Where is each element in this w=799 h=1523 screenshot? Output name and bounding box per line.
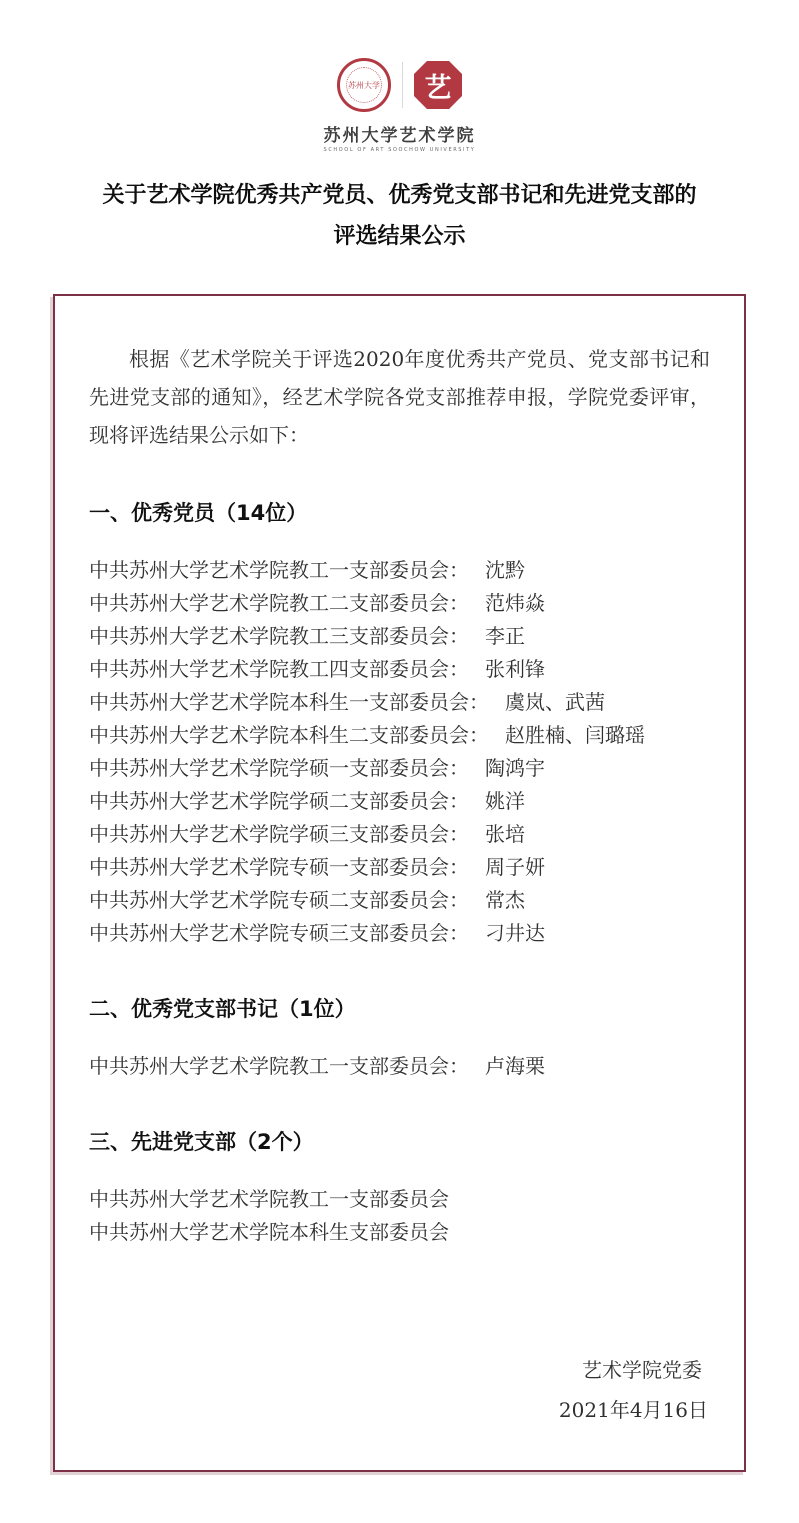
logo-divider bbox=[402, 62, 403, 108]
sections-container: 一、优秀党员（14位） 中共苏州大学艺术学院教工一支部委员会：沈黔 中共苏州大学… bbox=[89, 498, 710, 1249]
committee-name: 中共苏州大学艺术学院学硕三支部委员会： bbox=[89, 822, 469, 846]
letterhead: 苏州大学 艺 苏州大学艺术学院 SCHOOL OF ART SOOCHOW UN… bbox=[0, 0, 799, 153]
awardee-name: 张培 bbox=[485, 822, 525, 846]
committee-name: 中共苏州大学艺术学院学硕二支部委员会： bbox=[89, 789, 469, 813]
awardee-name: 卢海栗 bbox=[485, 1054, 545, 1078]
school-logo: 苏州大学 艺 bbox=[0, 56, 799, 114]
list-item: 中共苏州大学艺术学院本科生二支部委员会：赵胜楠、闫璐瑶 bbox=[89, 719, 710, 752]
list-item: 中共苏州大学艺术学院教工一支部委员会：沈黔 bbox=[89, 554, 710, 587]
committee-name: 中共苏州大学艺术学院本科生一支部委员会： bbox=[89, 690, 489, 714]
list-item: 中共苏州大学艺术学院教工四支部委员会：张利锋 bbox=[89, 653, 710, 686]
list-item: 中共苏州大学艺术学院学硕三支部委员会：张培 bbox=[89, 818, 710, 851]
list-item: 中共苏州大学艺术学院本科生一支部委员会：虞岚、武茜 bbox=[89, 686, 710, 719]
list-item: 中共苏州大学艺术学院教工三支部委员会：李正 bbox=[89, 620, 710, 653]
awardee-name: 范炜焱 bbox=[485, 591, 545, 615]
university-seal-icon: 苏州大学 bbox=[337, 58, 391, 112]
school-name-en: SCHOOL OF ART SOOCHOW UNIVERSITY bbox=[0, 147, 799, 153]
list-item: 中共苏州大学艺术学院专硕三支部委员会：刁井达 bbox=[89, 917, 710, 950]
list-item: 中共苏州大学艺术学院教工一支部委员会：卢海栗 bbox=[89, 1050, 710, 1083]
committee-name: 中共苏州大学艺术学院本科生二支部委员会： bbox=[89, 723, 489, 747]
section-list: 中共苏州大学艺术学院教工一支部委员会 中共苏州大学艺术学院本科生支部委员会 bbox=[89, 1183, 710, 1249]
university-seal-text: 苏州大学 bbox=[346, 67, 382, 103]
list-item: 中共苏州大学艺术学院专硕一支部委员会：周子妍 bbox=[89, 851, 710, 884]
committee-name: 中共苏州大学艺术学院教工二支部委员会： bbox=[89, 591, 469, 615]
announcement-box: 根据《艺术学院关于评选2020年度优秀共产党员、党支部书记和先进党支部的通知》，… bbox=[53, 294, 746, 1472]
list-item: 中共苏州大学艺术学院教工一支部委员会 bbox=[89, 1183, 710, 1216]
section-list: 中共苏州大学艺术学院教工一支部委员会：沈黔 中共苏州大学艺术学院教工二支部委员会… bbox=[89, 554, 710, 950]
document-section: 三、先进党支部（2个） 中共苏州大学艺术学院教工一支部委员会 中共苏州大学艺术学… bbox=[89, 1127, 710, 1249]
committee-name: 中共苏州大学艺术学院本科生支部委员会 bbox=[89, 1220, 449, 1244]
list-item: 中共苏州大学艺术学院专硕二支部委员会：常杰 bbox=[89, 884, 710, 917]
awardee-name: 虞岚、武茜 bbox=[505, 690, 605, 714]
committee-name: 中共苏州大学艺术学院教工三支部委员会： bbox=[89, 624, 469, 648]
school-name-cn: 苏州大学艺术学院 bbox=[0, 121, 799, 146]
awardee-name: 姚洋 bbox=[485, 789, 525, 813]
awardee-name: 李正 bbox=[485, 624, 525, 648]
committee-name: 中共苏州大学艺术学院教工四支部委员会： bbox=[89, 657, 469, 681]
page-title: 关于艺术学院优秀共产党员、优秀党支部书记和先进党支部的 评选结果公示 bbox=[40, 175, 759, 257]
signature-name: 艺术学院党委 bbox=[559, 1350, 702, 1390]
committee-name: 中共苏州大学艺术学院教工一支部委员会： bbox=[89, 1054, 469, 1078]
awardee-name: 张利锋 bbox=[485, 657, 545, 681]
awardee-name: 赵胜楠、闫璐瑶 bbox=[505, 723, 645, 747]
awardee-name: 刁井达 bbox=[485, 921, 545, 945]
art-school-seal-icon: 艺 bbox=[414, 61, 462, 109]
section-heading: 三、先进党支部（2个） bbox=[89, 1127, 710, 1157]
document-page: 苏州大学 艺 苏州大学艺术学院 SCHOOL OF ART SOOCHOW UN… bbox=[0, 0, 799, 1472]
document-section: 一、优秀党员（14位） 中共苏州大学艺术学院教工一支部委员会：沈黔 中共苏州大学… bbox=[89, 498, 710, 950]
list-item: 中共苏州大学艺术学院教工二支部委员会：范炜焱 bbox=[89, 587, 710, 620]
document-section: 二、优秀党支部书记（1位） 中共苏州大学艺术学院教工一支部委员会：卢海栗 bbox=[89, 994, 710, 1083]
awardee-name: 常杰 bbox=[485, 888, 525, 912]
committee-name: 中共苏州大学艺术学院教工一支部委员会： bbox=[89, 558, 469, 582]
awardee-name: 周子妍 bbox=[485, 855, 545, 879]
page-title-line2: 评选结果公示 bbox=[333, 224, 465, 249]
list-item: 中共苏州大学艺术学院本科生支部委员会 bbox=[89, 1216, 710, 1249]
signature-block: 艺术学院党委 2021年4月16日 bbox=[559, 1350, 708, 1430]
list-item: 中共苏州大学艺术学院学硕一支部委员会：陶鸿宇 bbox=[89, 752, 710, 785]
committee-name: 中共苏州大学艺术学院专硕三支部委员会： bbox=[89, 921, 469, 945]
committee-name: 中共苏州大学艺术学院专硕二支部委员会： bbox=[89, 888, 469, 912]
awardee-name: 陶鸿宇 bbox=[485, 756, 545, 780]
page-title-line1: 关于艺术学院优秀共产党员、优秀党支部书记和先进党支部的 bbox=[102, 183, 696, 208]
section-heading: 二、优秀党支部书记（1位） bbox=[89, 994, 710, 1024]
committee-name: 中共苏州大学艺术学院学硕一支部委员会： bbox=[89, 756, 469, 780]
committee-name: 中共苏州大学艺术学院专硕一支部委员会： bbox=[89, 855, 469, 879]
committee-name: 中共苏州大学艺术学院教工一支部委员会 bbox=[89, 1187, 449, 1211]
list-item: 中共苏州大学艺术学院学硕二支部委员会：姚洋 bbox=[89, 785, 710, 818]
awardee-name: 沈黔 bbox=[485, 558, 525, 582]
section-heading: 一、优秀党员（14位） bbox=[89, 498, 710, 528]
intro-paragraph: 根据《艺术学院关于评选2020年度优秀共产党员、党支部书记和先进党支部的通知》，… bbox=[89, 340, 710, 454]
section-list: 中共苏州大学艺术学院教工一支部委员会：卢海栗 bbox=[89, 1050, 710, 1083]
signature-date: 2021年4月16日 bbox=[559, 1390, 708, 1430]
